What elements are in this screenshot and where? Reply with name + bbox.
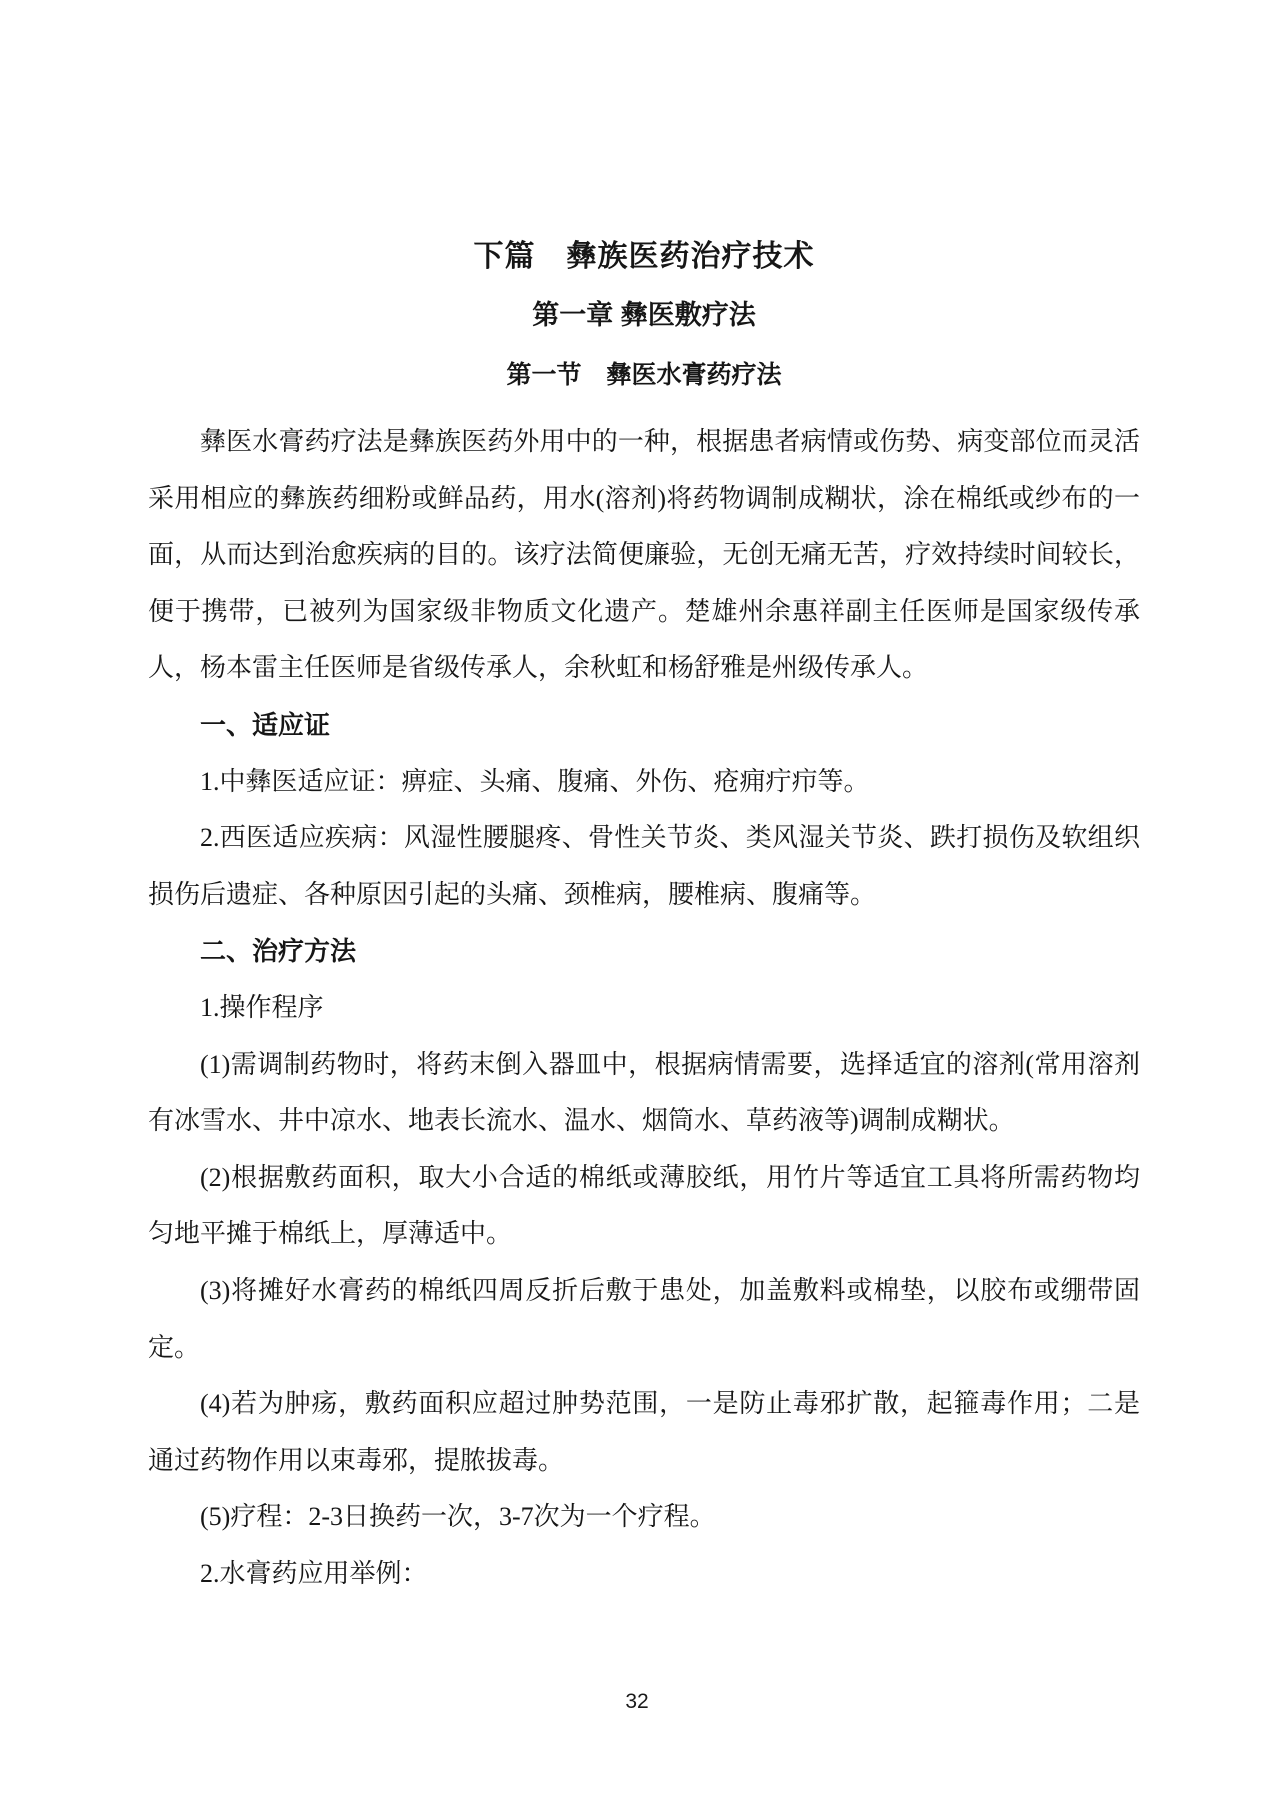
item-step-1: (1)需调制药物时，将药末倒入器皿中，根据病情需要，选择适宜的溶剂(常用溶剂有冰… (148, 1037, 1140, 1150)
part-title: 下篇 彝族医药治疗技术 (148, 228, 1140, 286)
item-tcm-yi-indications: 1.中彝医适应证：痹症、头痛、腹痛、外伤、疮痈疔疖等。 (148, 754, 1140, 811)
item-step-3: (3)将摊好水膏药的棉纸四周反折后敷于患处，加盖敷料或棉垫，以胶布或绷带固定。 (148, 1263, 1140, 1376)
item-step-2: (2)根据敷药面积，取大小合适的棉纸或薄胶纸，用竹片等适宜工具将所需药物均匀地平… (148, 1150, 1140, 1263)
item-step-5-course: (5)疗程：2-3日换药一次，3-7次为一个疗程。 (148, 1489, 1140, 1546)
page-number: 32 (0, 1690, 1274, 1714)
item-western-indications: 2.西医适应疾病：风湿性腰腿疼、骨性关节炎、类风湿关节炎、跌打损伤及软组织损伤后… (148, 810, 1140, 923)
chapter-title: 第一章 彝医敷疗法 (148, 286, 1140, 344)
item-application-examples: 2.水膏药应用举例： (148, 1546, 1140, 1603)
paragraph-intro: 彝医水膏药疗法是彝族医药外用中的一种，根据患者病情或伤势、病变部位而灵活采用相应… (148, 414, 1140, 697)
heading-treatment-methods: 二、治疗方法 (148, 923, 1140, 980)
heading-indications: 一、适应证 (148, 697, 1140, 754)
page-content: 下篇 彝族医药治疗技术 第一章 彝医敷疗法 第一节 彝医水膏药疗法 彝医水膏药疗… (148, 228, 1140, 1602)
document-page: 下篇 彝族医药治疗技术 第一章 彝医敷疗法 第一节 彝医水膏药疗法 彝医水膏药疗… (0, 0, 1274, 1801)
item-operation-procedure: 1.操作程序 (148, 980, 1140, 1037)
item-step-4: (4)若为肿疡，敷药面积应超过肿势范围，一是防止毒邪扩散，起箍毒作用；二是通过药… (148, 1376, 1140, 1489)
section-title: 第一节 彝医水膏药疗法 (148, 344, 1140, 407)
